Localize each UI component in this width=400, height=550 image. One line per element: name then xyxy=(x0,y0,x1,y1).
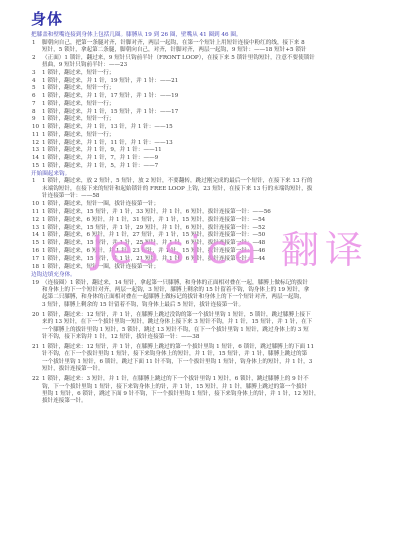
step-text: 末端钩短针，在接下来的短针和起始锁针的 FREE LOOP 上钩，23 短针，在… xyxy=(42,186,312,193)
step-text: 钩，下一个拔针里钩 1 短针，接下来钩身体上的针，并 1 针，15 短针，并 1… xyxy=(42,384,307,391)
step-text: 扭曲，9 短针只钩前半针：——23 xyxy=(42,62,127,69)
step-number: 10 xyxy=(32,201,39,208)
step-text: 1 锁针，翻过来，短针一行； xyxy=(42,101,114,108)
step-text: 里钩 1 短针，6 锁针，跳过下面 9 针不钩，下一个拔针里钩 1 短针，接下来… xyxy=(42,391,320,398)
step-text: 短针，拔针连接第一针。 xyxy=(42,366,104,373)
step-number: 1 xyxy=(32,178,36,185)
step-text: 3 短针，膝膊上剩余的 15 针留着不钩，钩身体上最后 5 短针，拔针连接第一针… xyxy=(42,302,244,309)
section-heading: 开始圈起来钩。 xyxy=(31,171,70,178)
step-text: 1 锁针，翻过来：3 短针，并 1 针，在膝膊上跳过的下一个拔针里钩 1 短针，… xyxy=(42,376,309,383)
document-page: 身体 把膝盖和壁嘴连接到身体上包括几圈。膝膊从 19 到 26 圈，壁嘴从 41… xyxy=(0,0,400,550)
step-text: （连接圈）1 锁针，翻过来，14 短针，拿起第一只膝膊，和身体的正面相对叠在一起… xyxy=(42,280,308,287)
step-number: 22 xyxy=(32,376,39,383)
step-number: 7 xyxy=(32,101,36,108)
step-text: 1 锁针，翻过来，15 短针，并 1 针，33 短针，并 1 针，6 短针，拔针… xyxy=(42,209,271,216)
step-number: 21 xyxy=(32,344,39,351)
step-number: 17 xyxy=(32,256,39,263)
step-number: 6 xyxy=(32,93,36,100)
step-text: 1 锁针，翻过来，并 1 针，7，并 1 针：——9 xyxy=(42,155,158,162)
step-number: 13 xyxy=(32,225,39,232)
step-text: 1 锁针，翻过来，短针一行； xyxy=(42,85,114,92)
step-text: 脚朝向自己，把第一条腿对齐，针脚对齐，两层一起钩，在第一个短针上用短针连接中粉红… xyxy=(42,40,305,47)
step-text: 起第二只膝膊，和身体的正面相对叠在一起膝膊上做标记的拔针和身体上的下一个短针对齐… xyxy=(42,294,305,301)
step-number: 2 xyxy=(32,55,36,62)
step-text: 来的 13 短针，在下一个拔针里钩一短针，跳过身体上接下来 3 短针不钩，并 1… xyxy=(42,319,312,326)
step-number: 12 xyxy=(32,140,39,147)
step-number: 13 xyxy=(32,147,39,154)
step-number: 3 xyxy=(32,70,36,77)
step-text: 针不钩，接下来钩并 1 针，12 短针，拔针连接第一针：——38 xyxy=(42,334,199,341)
step-number: 20 xyxy=(32,312,39,319)
step-text: （正面）1 锁针，翻过来，9 短针只钩前半针（FRONT LOOP），在接下来 … xyxy=(42,55,315,62)
step-number: 12 xyxy=(32,217,39,224)
step-text: 针连接第一针：——58 xyxy=(42,193,99,200)
step-text: 1 锁针，翻过来，并 1 针，15 短针，并 1 针：——17 xyxy=(42,109,178,116)
step-number: 16 xyxy=(32,248,39,255)
step-number: 15 xyxy=(32,163,39,170)
page-title: 身体 xyxy=(31,8,63,29)
intro-text: 把膝盖和壁嘴连接到身体上包括几圈。膝膊从 19 到 26 圈，壁嘴从 41 圈到… xyxy=(31,32,242,39)
step-text: 1 锁针，翻过来，并 1 针，17 短针，并 1 针：——19 xyxy=(42,93,178,100)
step-text: 1 锁针，翻过来，放 2 短针，5 短针，放 2 短针，不要翻转，跳过刚完成的最… xyxy=(42,178,313,185)
step-number: 15 xyxy=(32,240,39,247)
step-text: 一个拔针里钩 1 短针，6 锁针，跳过下面 11 针不钩，下一个拔针里钩 1 短… xyxy=(42,359,312,366)
step-number: 14 xyxy=(32,155,39,162)
step-text: 和身体上的下一个短针对齐，两层一起钩，3 短针，膝膊上剩余的 15 针留着不钩，… xyxy=(42,287,309,294)
step-text: 1 锁针，翻过来，并 1 针，5，并 1 针：——7 xyxy=(42,163,158,170)
step-text: 1 锁针，翻过来，短针一行； xyxy=(42,132,114,139)
step-number: 14 xyxy=(32,232,39,239)
step-text: 1 锁针，翻过来，并 1 针，9，并 1 针：——11 xyxy=(42,147,162,154)
step-text: 1 锁针，翻过来，并 1 针，19 短针，并 1 针：——21 xyxy=(42,78,178,85)
step-text: 短针，5 锁针，拿起第二条腿，脚朝向自己，对齐，针脚对齐，两层一起钩，9 短针：… xyxy=(42,47,307,54)
step-number: 19 xyxy=(32,280,39,287)
step-number: 10 xyxy=(32,124,39,131)
section-heading: 边钩边填充身体。 xyxy=(31,272,76,279)
step-number: 11 xyxy=(32,209,39,216)
step-text: 1 锁针，翻过来：12 短针，并 1 针，在膝膊上跳过没钩的第一个拔针里钩 1 … xyxy=(42,312,311,319)
step-number: 9 xyxy=(32,116,36,123)
step-text: 针不钩，在下一个拔针里钩 1 短针，接下来钩身体上的短针，并 1 针，15 短针… xyxy=(42,351,307,358)
step-number: 4 xyxy=(32,78,36,85)
step-text: 1 锁针，翻过来，6 短针，并 1 针，31 短针，并 1 针，15 短针，拔针… xyxy=(42,217,265,224)
step-text: 1 锁针，翻过来，并 1 针，11 针，并 1 针：——13 xyxy=(42,140,173,147)
step-number: 1 xyxy=(32,40,36,47)
step-text: 1 锁针，翻过来，短针一行； xyxy=(42,116,114,123)
step-number: 18 xyxy=(32,264,39,271)
step-number: 8 xyxy=(32,109,36,116)
step-text: 1 锁针，翻过来，短针一圈，拔针连接第一针； xyxy=(42,201,159,208)
step-text: 一个膝膊上的拔针里钩 1 短针，5 锁针，跳过 13 短针不钩，在下一个拔针里钩… xyxy=(42,327,309,334)
step-number: 5 xyxy=(32,85,36,92)
step-number: 11 xyxy=(32,132,39,139)
watermark: Jessica 翻译 xyxy=(92,230,369,270)
step-text: 拔针连接第一针。 xyxy=(42,398,87,405)
step-text: 1 锁针，翻过来，短针一行； xyxy=(42,70,114,77)
step-text: 1 锁针，翻过来，并 1 针，13 针，并 1 针：——15 xyxy=(42,124,173,131)
